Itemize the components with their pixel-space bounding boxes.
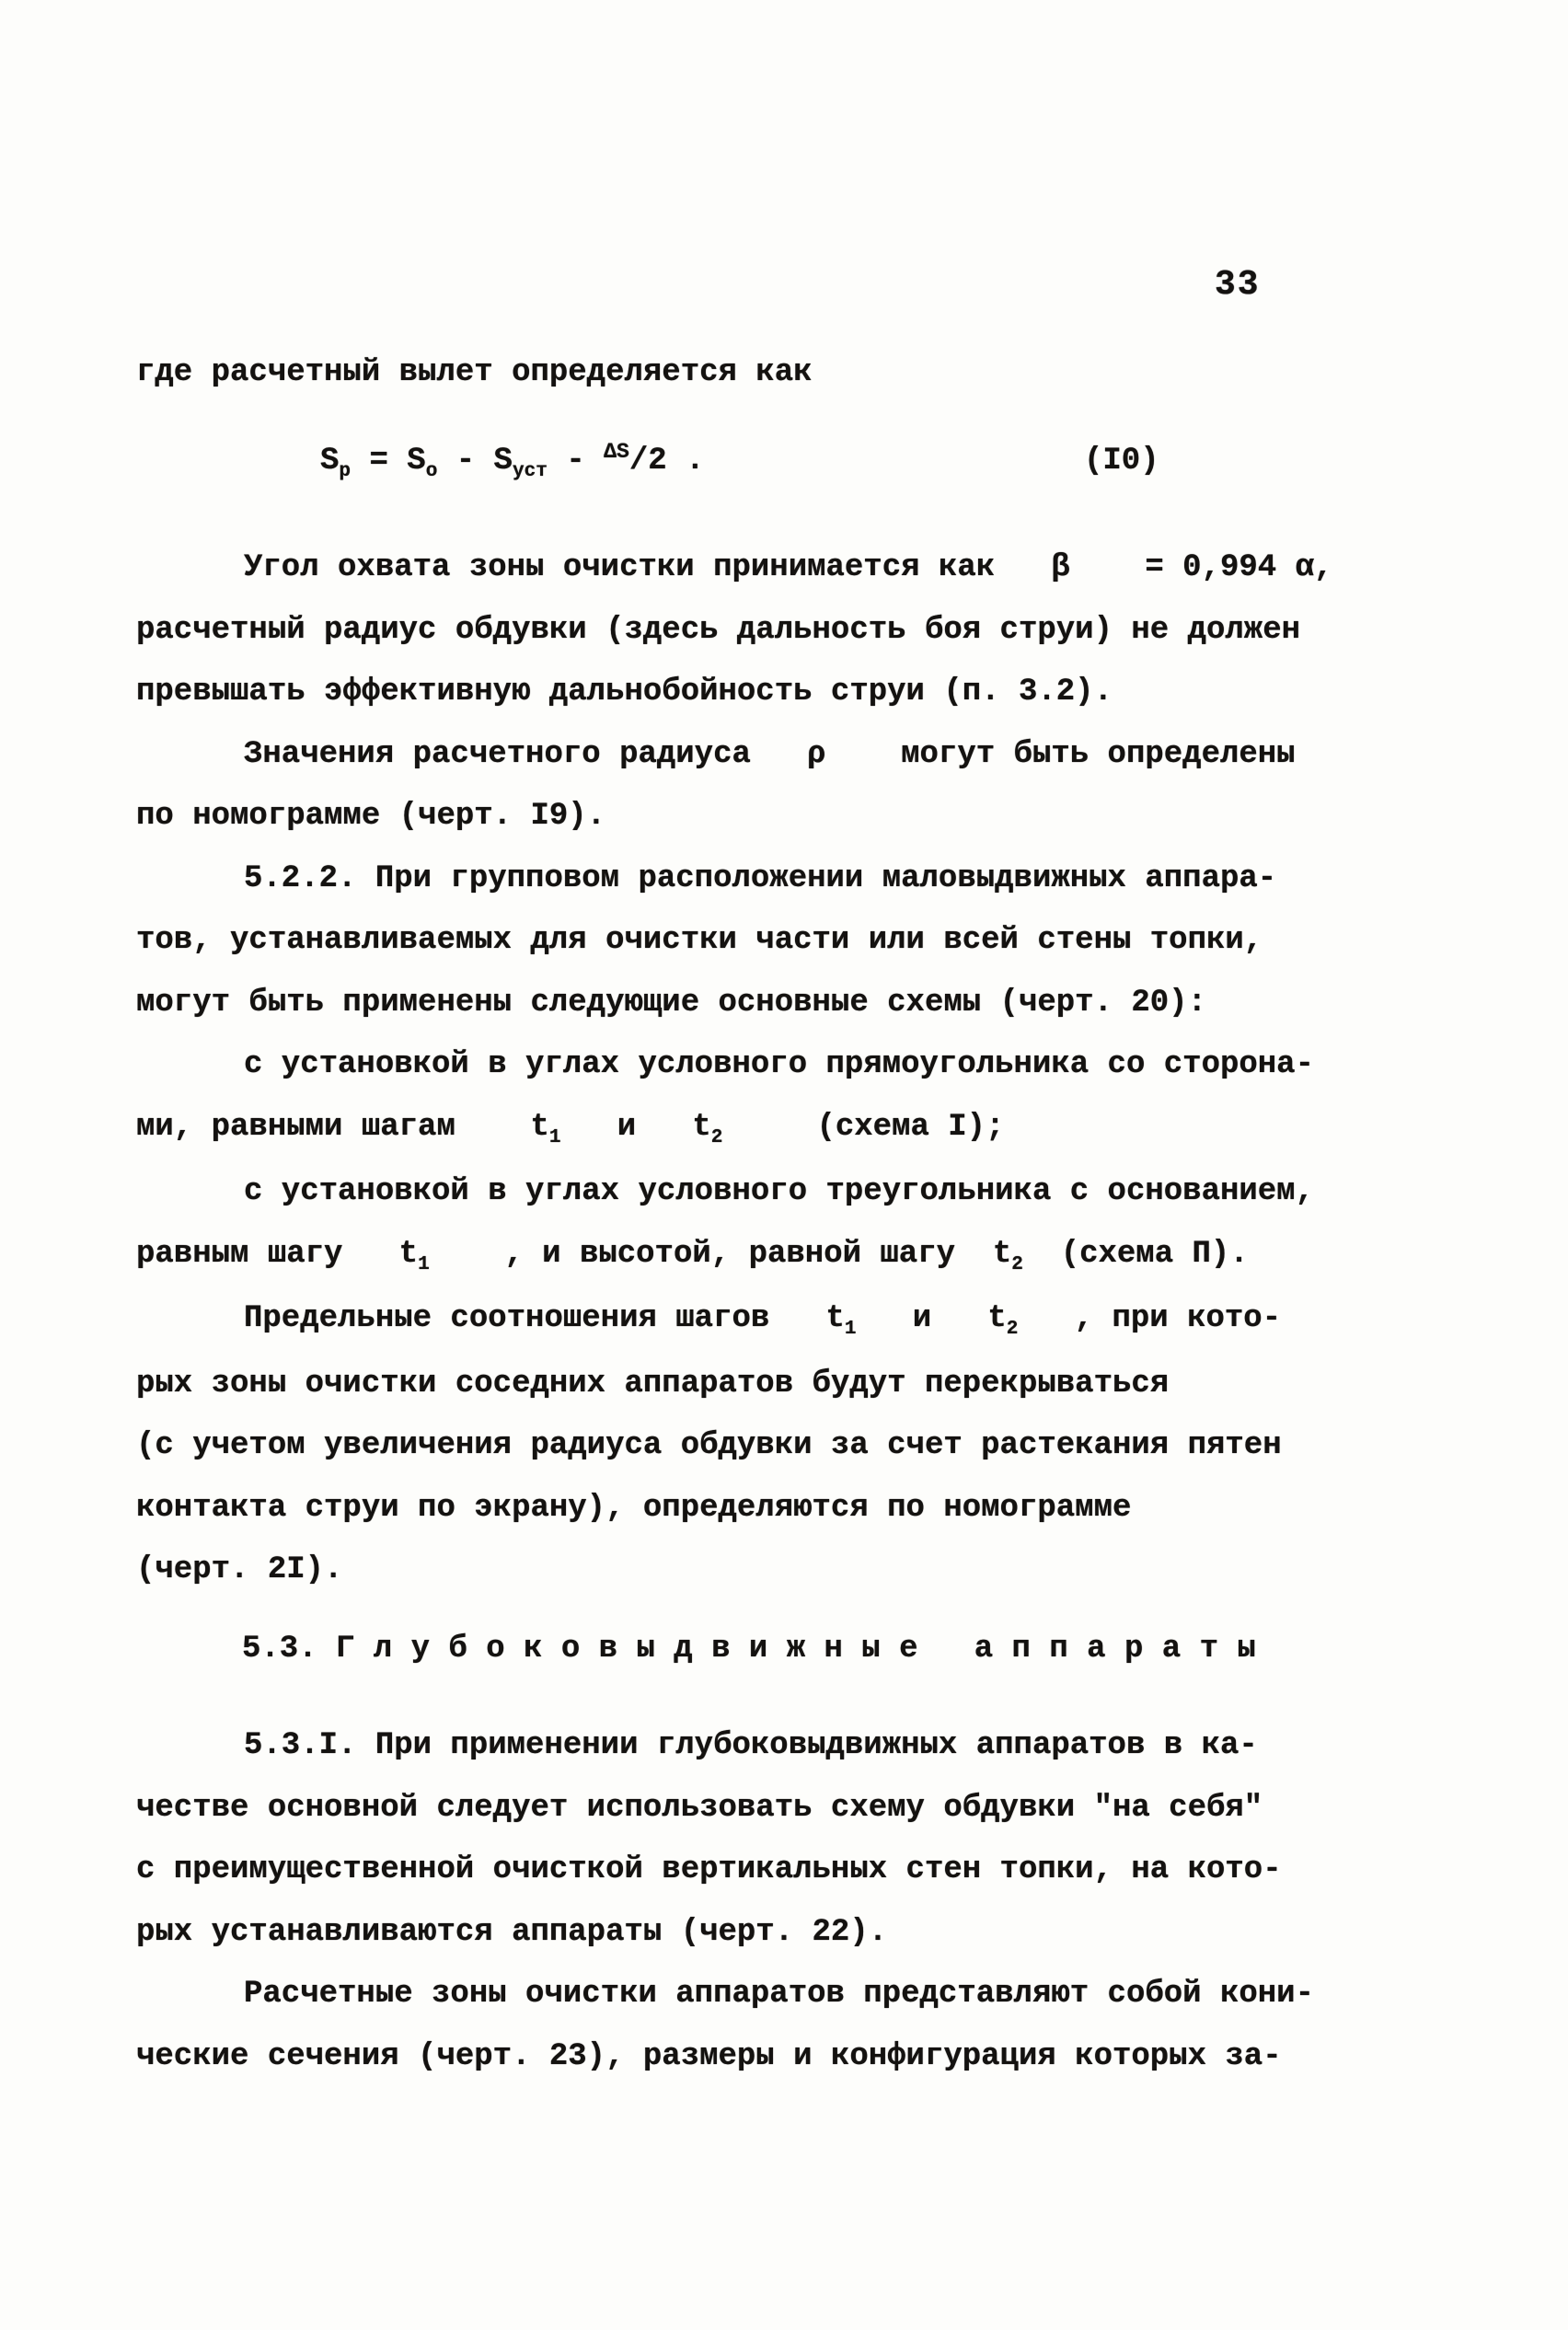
line-where-clause: где расчетный вылет определяется как	[136, 342, 1480, 405]
text-segment: ческие сечения (черт. 23), размеры и кон…	[136, 2039, 1282, 2074]
text-line: контакта струи по экрану), определяются …	[136, 1478, 1480, 1540]
text-segment: рых устанавливаются аппараты (черт. 22).	[136, 1915, 887, 1950]
text-line: могут быть применены следующие основные …	[136, 973, 1480, 1035]
text-segment: (схема I);	[722, 1110, 1004, 1145]
text-segment: = S	[351, 444, 426, 479]
text-segment: и t	[857, 1301, 1007, 1336]
para-scheme-triangle: с установкой в углах условного треугольн…	[136, 1161, 1480, 1224]
text-segment: контакта струи по экрану), определяются …	[136, 1491, 1131, 1526]
text-segment: (черт. 2I).	[136, 1552, 342, 1587]
text-segment: р	[339, 460, 351, 482]
text-line: ческие сечения (черт. 23), размеры и кон…	[136, 2026, 1480, 2089]
text-segment: Угол охвата зоны очистки принимается как…	[244, 550, 1332, 585]
text-segment: Расчетные зоны очистки аппаратов предста…	[244, 1977, 1314, 2012]
text-segment: (схема П).	[1023, 1237, 1249, 1272]
text-segment: рых зоны очистки соседних аппаратов буду…	[136, 1367, 1169, 1401]
text-segment: 1	[845, 1318, 857, 1340]
text-line: ми, равными шагам t1 и t2 (схема I);	[136, 1097, 1480, 1162]
para-cleaning-zones: Расчетные зоны очистки аппаратов предста…	[136, 1964, 1480, 2026]
text-line: превышать эффективную дальнобойность стр…	[136, 662, 1480, 724]
text-line: расчетный радиус обдувки (здесь дальност…	[136, 600, 1480, 663]
para-5-2-2: 5.2.2. При групповом расположении маловы…	[136, 848, 1480, 911]
scanned-page: 33 где расчетный вылет определяется какS…	[0, 0, 1568, 2330]
text-segment: могут быть применены следующие основные …	[136, 986, 1206, 1021]
text-line: рых устанавливаются аппараты (черт. 22).	[136, 1902, 1480, 1965]
text-line: (с учетом увеличения радиуса обдувки за …	[136, 1415, 1480, 1478]
text-segment: Значения расчетного радиуса ρ могут быть…	[244, 737, 1296, 772]
para-limit-ratios: Предельные соотношения шагов t1 и t2 , п…	[136, 1288, 1480, 1354]
para-5-3-1: 5.3.I. При применении глубоковыдвижных а…	[136, 1715, 1480, 1778]
text-segment: с установкой в углах условного треугольн…	[244, 1174, 1314, 1209]
text-line: честве основной следует использовать схе…	[136, 1778, 1480, 1840]
text-segment: расчетный радиус обдувки (здесь дальност…	[136, 613, 1300, 648]
text-segment: /2 .	[629, 444, 705, 479]
text-segment: честве основной следует использовать схе…	[136, 1791, 1262, 1826]
text-segment: 1	[549, 1126, 561, 1148]
section-heading-5-3: 5.3. Г л у б о к о в ы д в и ж н ы е а п…	[136, 1619, 1480, 1681]
page-number: 33	[1215, 265, 1261, 305]
text-segment: - S	[437, 444, 513, 479]
text-segment: 5.3.I. При применении глубоковыдвижных а…	[244, 1728, 1258, 1763]
text-segment: уст	[513, 460, 548, 482]
text-line: (черт. 2I).	[136, 1540, 1480, 1602]
text-line: тов, устанавливаемых для очистки части и…	[136, 910, 1480, 973]
para-angle-coverage: Угол охвата зоны очистки принимается как…	[136, 537, 1480, 600]
text-segment: , и высотой, равной шагу t	[430, 1237, 1012, 1272]
formula-number: (I0)	[1084, 431, 1159, 493]
text-segment: с установкой в углах условного прямоугол…	[244, 1047, 1314, 1082]
text-segment: , при кото-	[1018, 1301, 1281, 1336]
text-segment: тов, устанавливаемых для очистки части и…	[136, 923, 1262, 958]
para-radius-values: Значения расчетного радиуса ρ могут быть…	[136, 724, 1480, 787]
page-body: где расчетный вылет определяется какSр =…	[136, 342, 1480, 2088]
text-segment: превышать эффективную дальнобойность стр…	[136, 675, 1113, 709]
text-segment: 2	[1007, 1318, 1019, 1340]
text-segment: 5.3. Г л у б о к о в ы д в и ж н ы е а п…	[242, 1632, 1256, 1667]
text-segment: 5.2.2. При групповом расположении маловы…	[244, 861, 1276, 896]
text-segment: где расчетный вылет определяется как	[136, 355, 813, 390]
text-segment: S	[320, 444, 339, 479]
text-segment: -	[548, 444, 604, 479]
text-segment: 2	[711, 1126, 723, 1148]
text-segment: (с учетом увеличения радиуса обдувки за …	[136, 1428, 1282, 1463]
text-segment: равным шагу t	[136, 1237, 418, 1272]
text-segment: и t	[561, 1110, 711, 1145]
text-segment: ми, равными шагам t	[136, 1110, 549, 1145]
text-segment: 1	[418, 1253, 430, 1275]
text-segment: о	[426, 460, 438, 482]
text-segment: по номограмме (черт. I9).	[136, 799, 605, 834]
text-segment: 2	[1011, 1253, 1023, 1275]
text-segment: с преимущественной очисткой вертикальных…	[136, 1852, 1282, 1887]
text-line: по номограмме (черт. I9).	[136, 786, 1480, 848]
text-segment: ΔS	[604, 440, 629, 464]
text-line: равным шагу t1 , и высотой, равной шагу …	[136, 1224, 1480, 1289]
text-line: рых зоны очистки соседних аппаратов буду…	[136, 1354, 1480, 1416]
formula-10: Sр = Sо - Sуст - ΔS/2 .(I0)	[136, 431, 1480, 496]
para-scheme-rectangle: с установкой в углах условного прямоугол…	[136, 1034, 1480, 1097]
text-segment: Предельные соотношения шагов t	[244, 1301, 845, 1336]
text-line: с преимущественной очисткой вертикальных…	[136, 1840, 1480, 1902]
